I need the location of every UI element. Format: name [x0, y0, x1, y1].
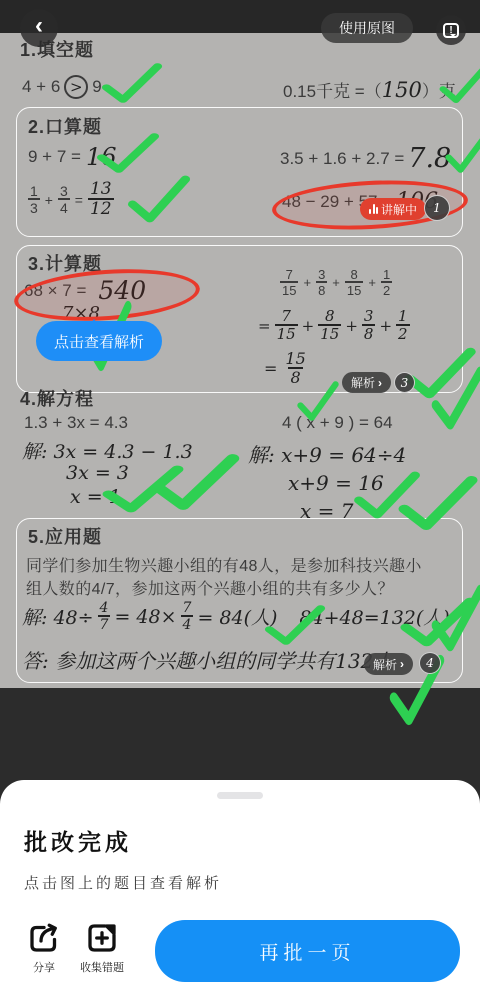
share-button[interactable]: 分享 [26, 920, 62, 975]
section5-title: 5.应用题 [28, 523, 102, 549]
s4-left-work3: x = 1 [70, 486, 121, 508]
feedback-button[interactable]: ! [436, 15, 466, 45]
chevron-right-icon: › [378, 376, 382, 390]
grade-another-page-button[interactable]: 再批一页 [155, 920, 460, 982]
chevron-right-icon: › [400, 657, 404, 671]
s4-right-work1: 解: x+9 = 64÷4 [248, 439, 406, 468]
use-original-image-button[interactable]: 使用原图 [321, 13, 413, 43]
report-exclamation-icon: ! [443, 23, 459, 38]
collect-mistakes-button[interactable]: 收集错题 [80, 920, 124, 975]
collect-plus-icon [84, 920, 120, 956]
s4-right-work2: x+9 = 16 [288, 471, 384, 495]
question-count-badge-3[interactable]: 3 [394, 372, 415, 393]
s2-q1-answer: 16 [86, 143, 117, 171]
s2-q3-answer: 1312 [88, 181, 114, 218]
photo-letterbox [0, 688, 480, 780]
check-icon [100, 61, 164, 105]
s4-left-work1: 解: 3x = 4.3 − 1.3 [22, 437, 193, 464]
question-count-badge-4[interactable]: 4 [419, 652, 441, 674]
s3-q2-answer: = 158 [264, 351, 308, 386]
s2-question3[interactable]: 13 + 34 = 1312 [28, 181, 114, 218]
s4-right-equation[interactable]: 4 ( x + 9 ) = 64 [282, 413, 393, 433]
view-analysis-tooltip[interactable]: 点击查看解析 [36, 321, 162, 361]
s2-question1[interactable]: 9 + 7 = 16 [28, 143, 116, 171]
graded-worksheet-photo: 1.填空题 4 + 6 > 9 0.15千克 =（ 150 ）克 2.口算题 9… [0, 33, 480, 688]
share-icon [26, 920, 62, 956]
result-bottom-sheet: 批改完成 点击图上的题目查看解析 分享 收集错题 再批一页 [0, 780, 480, 992]
back-chevron-icon: ‹ [35, 12, 43, 40]
analysis-badge-s3[interactable]: 解析 › [342, 372, 391, 393]
s1-q2-answer: 150 [382, 78, 422, 102]
use-original-label: 使用原图 [339, 18, 395, 38]
s5-answer-line: 答: 参加这两个兴趣小组的同学共有132人 [22, 645, 393, 674]
s4-right-work3: x = 7 [300, 499, 353, 523]
sound-bars-icon [369, 204, 378, 214]
s1-q1-answer: > [70, 78, 83, 96]
sheet-title: 批改完成 [24, 824, 132, 857]
explaining-badge[interactable]: 讲解中 [360, 198, 426, 220]
s5-problem-line1: 同学们参加生物兴趣小组的有48人，是参加科技兴趣小 [26, 553, 422, 576]
grading-result-screen: ‹ 使用原图 ! 1.填空题 4 + 6 > 9 0.15千克 =（ 150 ）… [0, 0, 480, 992]
question-count-badge-1[interactable]: 1 [424, 195, 450, 221]
s1-question2[interactable]: 0.15千克 =（ 150 ）克 [283, 77, 456, 102]
section2-title: 2.口算题 [28, 113, 102, 139]
s3-question2-line1[interactable]: 715 + 38 + 815 + 12 [280, 268, 392, 297]
tooltip-label: 点击查看解析 [54, 331, 144, 352]
s4-left-work2: 3x = 3 [66, 462, 129, 484]
s5-problem-line2: 组人数的4/7，参加这两个兴趣小组的共有多少人？ [26, 576, 394, 599]
s2-q2-answer: 7.8 [408, 143, 451, 174]
s1-question1[interactable]: 4 + 6 > 9 [22, 75, 102, 99]
s3-q2-work-line: = 715 + 815 + 38 + 12 [258, 309, 410, 342]
s4-left-equation[interactable]: 1.3 + 3x = 4.3 [24, 413, 128, 433]
drag-handle[interactable] [217, 792, 263, 799]
s5-work-line: 解: 48÷ 47 = 48× 74 = 84(人) 84+48=132(人) [22, 601, 450, 632]
section4-title: 4.解方程 [20, 385, 94, 411]
analysis-badge-s5[interactable]: 解析 › [364, 653, 413, 675]
s2-question2[interactable]: 3.5 + 1.6 + 2.7 = 7.8 [280, 143, 451, 174]
sheet-subtitle: 点击图上的题目查看解析 [24, 872, 222, 893]
back-button[interactable]: ‹ [20, 9, 58, 47]
